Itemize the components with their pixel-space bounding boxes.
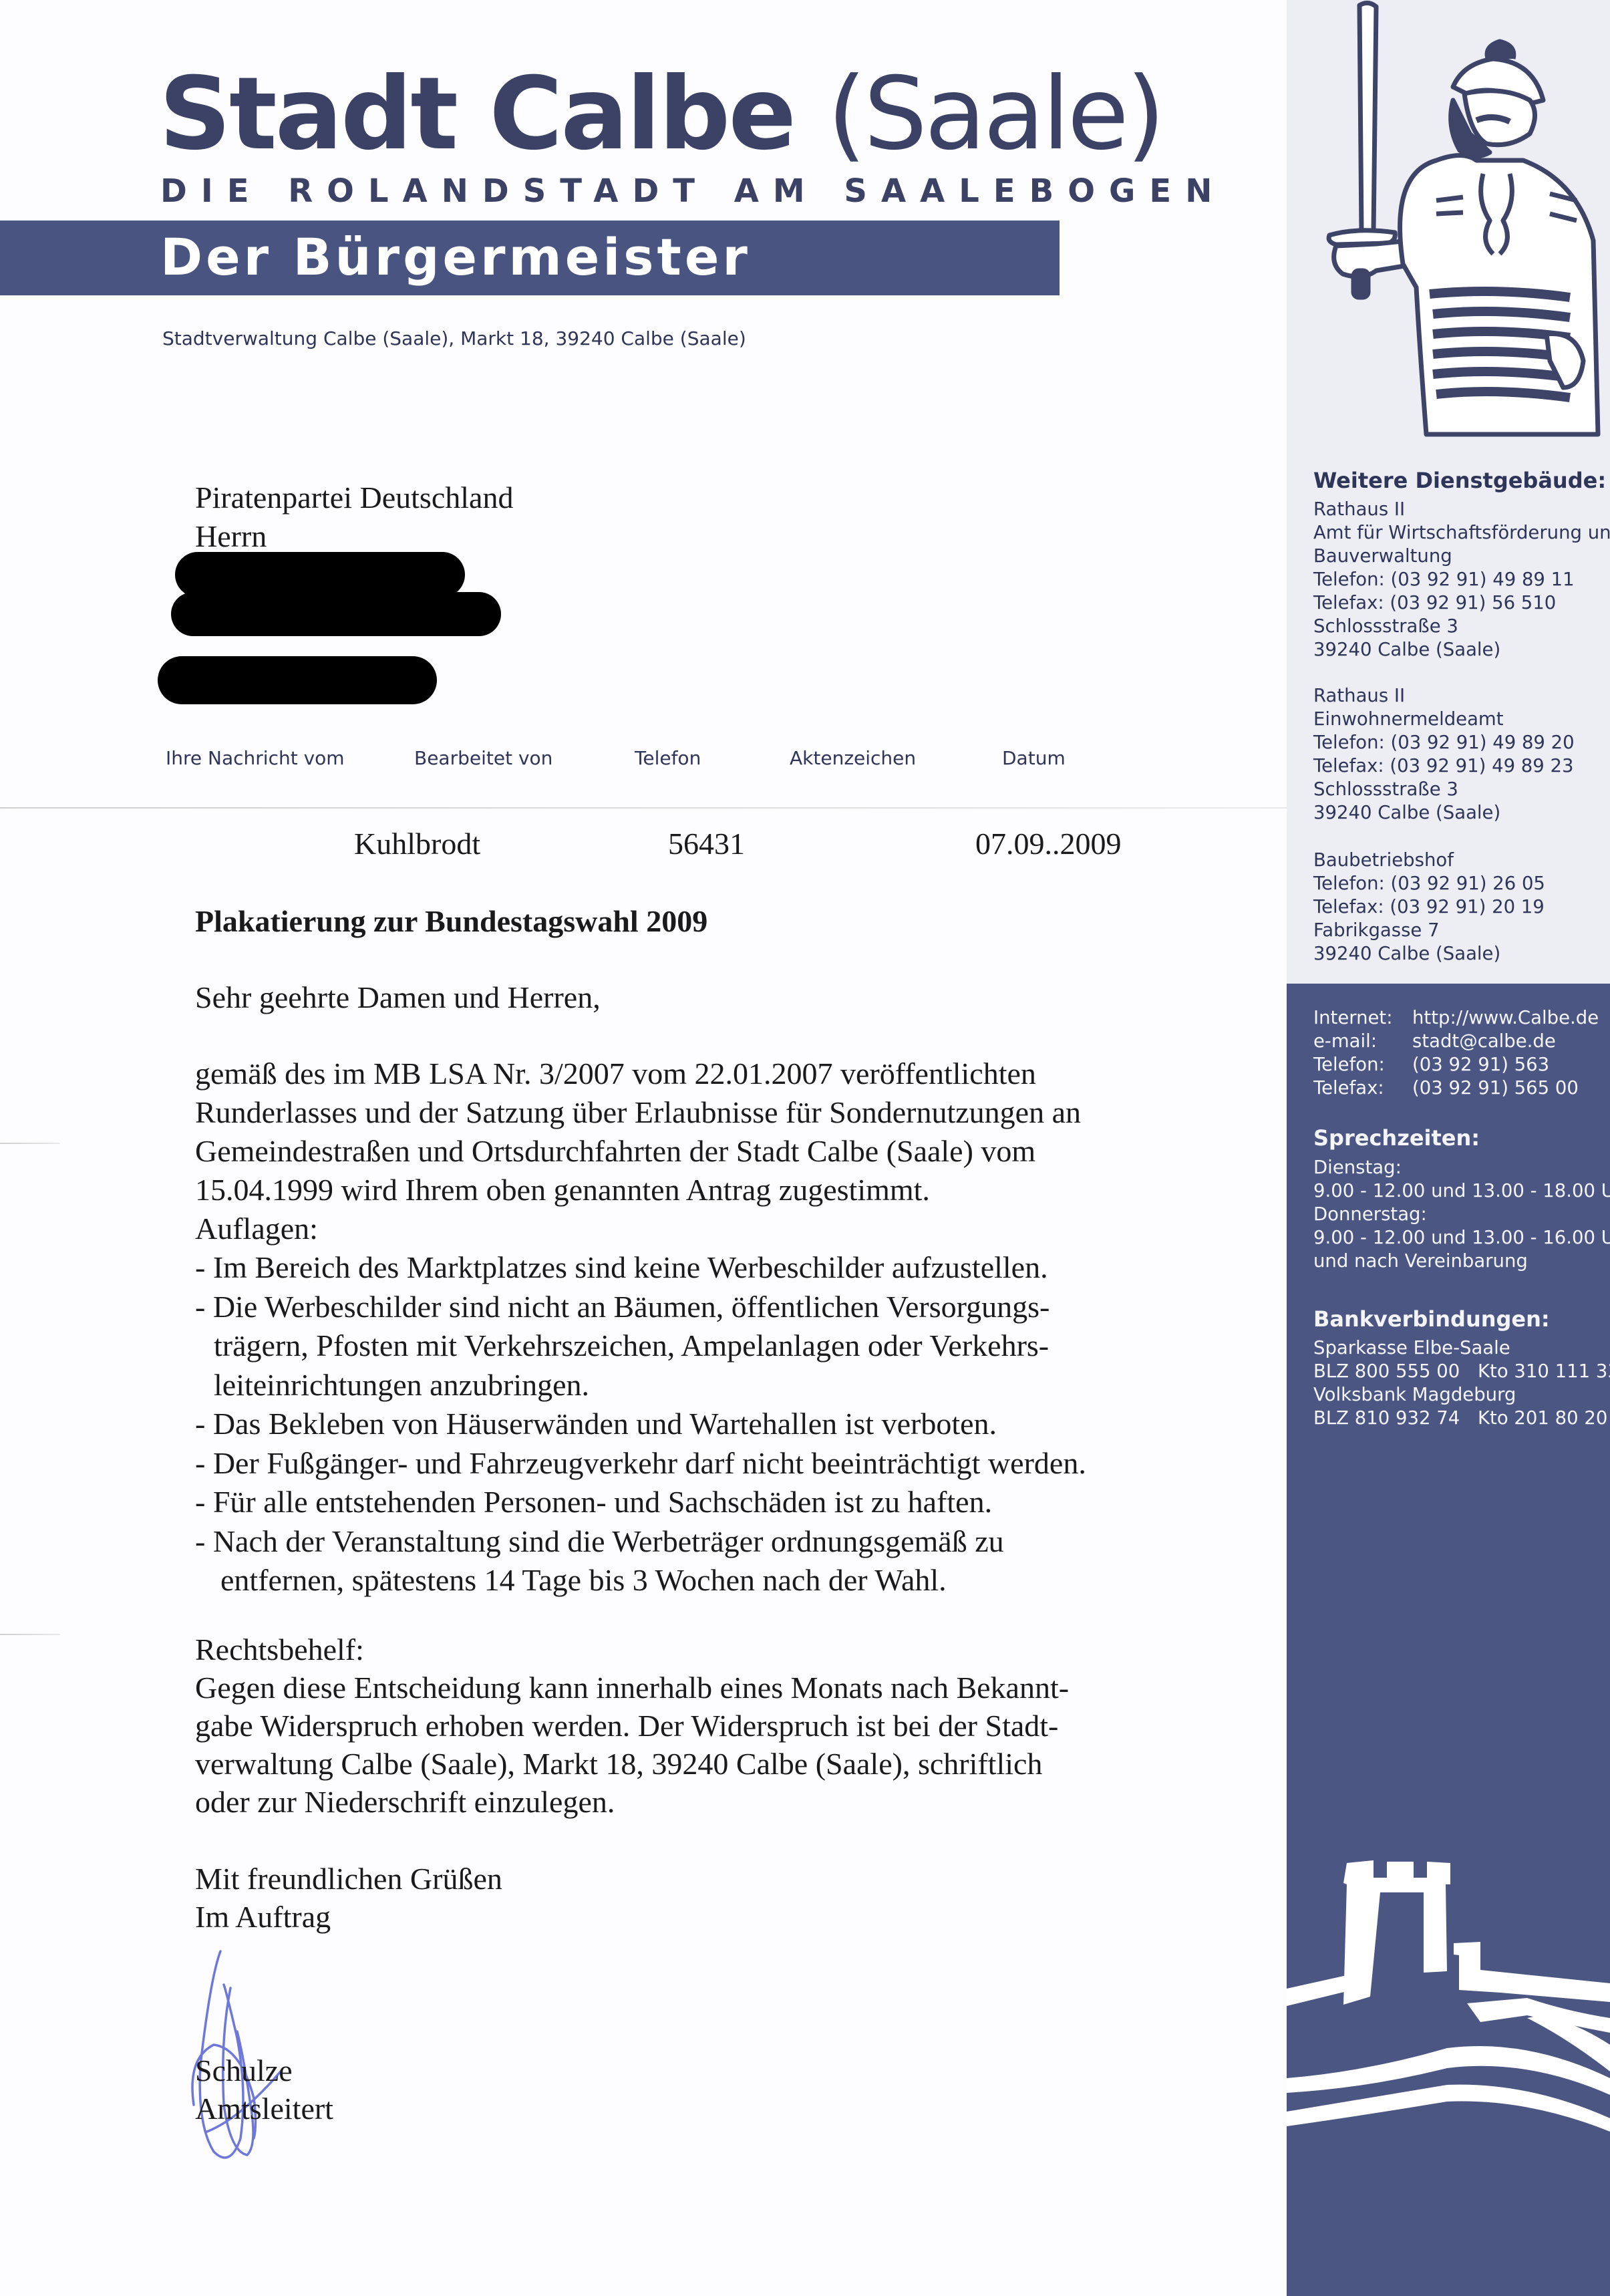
building-department: Einwohnermeldeamt xyxy=(1313,708,1575,731)
condition-item: - Die Werbeschilder sind nicht an Bäumen… xyxy=(195,1288,1086,1327)
letter-salutation: Sehr geehrte Damen und Herren, xyxy=(195,980,601,1015)
condition-item-cont: leiteinrichtungen anzubringen. xyxy=(195,1366,1086,1405)
building-name: Baubetriebshof xyxy=(1313,849,1545,872)
remedy-heading: Rechtsbehelf: xyxy=(195,1630,1069,1669)
remedy-line: gabe Widerspruch erhoben werden. Der Wid… xyxy=(195,1707,1069,1745)
building-phone: Telefon: (03 92 91) 26 05 xyxy=(1313,872,1545,895)
website-link[interactable]: http://www.Calbe.de xyxy=(1412,1006,1599,1030)
body-line: Runderlasses und der Satzung über Erlaub… xyxy=(195,1093,1237,1132)
sidebar-buildings-heading: Weitere Dienstgebäude: xyxy=(1313,468,1606,493)
email-link[interactable]: stadt@calbe.de xyxy=(1412,1030,1556,1053)
ref-label-date: Datum xyxy=(1002,747,1066,769)
city-name-title: Stadt Calbe (Saale) xyxy=(159,64,1162,164)
fold-mark xyxy=(0,1143,60,1144)
building-street: Schlossstraße 3 xyxy=(1313,615,1610,638)
fold-mark xyxy=(0,1634,60,1635)
signer-name: Schulze xyxy=(195,2051,333,2090)
roland-statue-icon xyxy=(1309,0,1603,441)
building-rathaus-meldeamt: Rathaus II Einwohnermeldeamt Telefon: (0… xyxy=(1313,684,1575,825)
hours-day: Dienstag: xyxy=(1313,1156,1610,1179)
ref-value-phone: 56431 xyxy=(668,826,745,861)
building-phone: Telefon: (03 92 91) 49 89 20 xyxy=(1313,731,1575,754)
bank-details: BLZ 810 932 74Kto 201 80 20 xyxy=(1313,1407,1610,1430)
legal-remedy: Rechtsbehelf: Gegen diese Entscheidung k… xyxy=(195,1630,1069,1821)
redaction-bar xyxy=(158,656,437,704)
hours-time: 9.00 - 12.00 und 13.00 - 16.00 Uhr xyxy=(1313,1226,1610,1250)
body-line: 15.04.1999 wird Ihrem oben genannten Ant… xyxy=(195,1171,1237,1209)
condition-item-cont: entfernen, spätestens 14 Tage bis 3 Woch… xyxy=(195,1561,1086,1600)
signer-title: Amtsleitert xyxy=(195,2090,333,2128)
condition-item: - Für alle entstehenden Personen- und Sa… xyxy=(195,1483,1086,1522)
conditions-heading: Auflagen: xyxy=(195,1209,1237,1248)
contact-fax: Telefax:(03 92 91) 565 00 xyxy=(1313,1077,1599,1100)
recipient-address: Piratenpartei Deutschland Herrn xyxy=(195,478,513,556)
remedy-line: verwaltung Calbe (Saale), Markt 18, 3924… xyxy=(195,1745,1069,1783)
building-city: 39240 Calbe (Saale) xyxy=(1313,638,1610,662)
letter-body: gemäß des im MB LSA Nr. 3/2007 vom 22.01… xyxy=(195,1054,1237,1248)
building-name: Rathaus II xyxy=(1313,684,1575,708)
ref-label-processed-by: Bearbeitet von xyxy=(414,747,552,769)
office-hours-heading: Sprechzeiten: xyxy=(1313,1125,1480,1151)
city-tagline: DIE ROLANDSTADT AM SAALEBOGEN xyxy=(160,172,1226,210)
office-title: Der Bürgermeister xyxy=(160,227,751,287)
ref-label-your-message: Ihre Nachricht vom xyxy=(166,747,345,769)
office-hours: Dienstag: 9.00 - 12.00 und 13.00 - 18.00… xyxy=(1313,1156,1610,1273)
building-name: Rathaus II xyxy=(1313,498,1610,521)
conditions-list: - Im Bereich des Marktplatzes sind keine… xyxy=(195,1248,1086,1600)
condition-item: - Im Bereich des Marktplatzes sind keine… xyxy=(195,1248,1086,1288)
building-city: 39240 Calbe (Saale) xyxy=(1313,942,1545,966)
building-phone: Telefon: (03 92 91) 49 89 11 xyxy=(1313,568,1610,591)
bank-list: Sparkasse Elbe-Saale BLZ 800 555 00Kto 3… xyxy=(1313,1336,1610,1430)
building-rathaus-wirtschaft: Rathaus II Amt für Wirtschaftsförderung … xyxy=(1313,498,1610,662)
building-street: Fabrikgasse 7 xyxy=(1313,919,1545,942)
recipient-prefix: Herrn xyxy=(195,517,513,556)
condition-item-cont: trägern, Pfosten mit Verkehrszeichen, Am… xyxy=(195,1326,1086,1366)
redaction-bar xyxy=(171,592,501,636)
building-department-cont: Bauverwaltung xyxy=(1313,545,1610,568)
ref-label-phone: Telefon xyxy=(635,747,701,769)
hours-day: Donnerstag: xyxy=(1313,1203,1610,1226)
building-city: 39240 Calbe (Saale) xyxy=(1313,801,1575,825)
closing-greeting: Mit freundlichen Grüßen xyxy=(195,1860,502,1898)
remedy-line: oder zur Niederschrift einzulegen. xyxy=(195,1783,1069,1821)
redaction-bar xyxy=(175,552,465,597)
hours-time: 9.00 - 12.00 und 13.00 - 18.00 Uhr xyxy=(1313,1179,1610,1203)
fold-line xyxy=(0,807,1287,809)
castle-tower-logo-icon xyxy=(1287,1818,1610,2296)
on-behalf: Im Auftrag xyxy=(195,1898,502,1936)
contact-phone: Telefon:(03 92 91) 563 xyxy=(1313,1053,1599,1077)
letter-closing: Mit freundlichen Grüßen Im Auftrag xyxy=(195,1860,502,1936)
ref-value-date: 07.09..2009 xyxy=(975,826,1122,861)
building-fax: Telefax: (03 92 91) 49 89 23 xyxy=(1313,754,1575,778)
contact-internet: Internet:http://www.Calbe.de xyxy=(1313,1006,1599,1030)
condition-item: - Der Fußgänger- und Fahrzeugverkehr dar… xyxy=(195,1444,1086,1483)
contact-list: Internet:http://www.Calbe.de e-mail:stad… xyxy=(1313,1006,1599,1100)
hours-note: und nach Vereinbarung xyxy=(1313,1250,1610,1273)
ref-label-file-number: Aktenzeichen xyxy=(790,747,916,769)
condition-item: - Nach der Veranstaltung sind die Werbet… xyxy=(195,1522,1086,1562)
building-department: Amt für Wirtschaftsförderung und xyxy=(1313,521,1610,545)
bank-details: BLZ 800 555 00Kto 310 111 33 xyxy=(1313,1360,1610,1383)
sender-address: Stadtverwaltung Calbe (Saale), Markt 18,… xyxy=(162,327,746,349)
building-baubetriebshof: Baubetriebshof Telefon: (03 92 91) 26 05… xyxy=(1313,849,1545,966)
bank-name: Volksbank Magdeburg xyxy=(1313,1383,1610,1407)
signer-block: Schulze Amtsleitert xyxy=(195,2051,333,2128)
body-line: gemäß des im MB LSA Nr. 3/2007 vom 22.01… xyxy=(195,1054,1237,1093)
building-fax: Telefax: (03 92 91) 56 510 xyxy=(1313,591,1610,615)
building-fax: Telefax: (03 92 91) 20 19 xyxy=(1313,895,1545,919)
bank-name: Sparkasse Elbe-Saale xyxy=(1313,1336,1610,1360)
condition-item: - Das Bekleben von Häuserwänden und Wart… xyxy=(195,1405,1086,1444)
remedy-line: Gegen diese Entscheidung kann innerhalb … xyxy=(195,1669,1069,1707)
contact-email: e-mail:stadt@calbe.de xyxy=(1313,1030,1599,1053)
body-line: Gemeindestraßen und Ortsdurchfahrten der… xyxy=(195,1132,1237,1171)
recipient-organization: Piratenpartei Deutschland xyxy=(195,478,513,517)
bank-heading: Bankverbindungen: xyxy=(1313,1306,1550,1332)
building-street: Schlossstraße 3 xyxy=(1313,778,1575,801)
letter-subject: Plakatierung zur Bundestagswahl 2009 xyxy=(195,903,707,939)
ref-value-processed-by: Kuhlbrodt xyxy=(354,826,480,861)
